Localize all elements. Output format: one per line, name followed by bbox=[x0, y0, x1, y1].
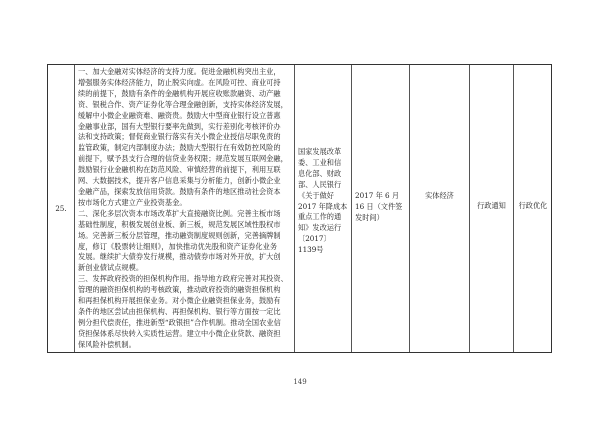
content-line: 续的前提下，鼓励有条件的金融机构开展应收账款融资、动产融 bbox=[78, 89, 291, 100]
content-line: 资、银税合作、资产证券化等合理金融创新，支持实体经济发展， bbox=[78, 100, 291, 111]
content-line: 条件的地区尝试由担保机构、再担保机构、银行等方面按一定比 bbox=[78, 307, 291, 318]
content-line: 度，修订《股票转让细则》，加快推动优先股和资产证券化业务 bbox=[78, 242, 291, 253]
content-line: 金融事业部，国有大型银行要率先做到，实行差别化考核评价办 bbox=[78, 122, 291, 133]
content-line: 基础性制度，积极发展创业板、新三板，规范发展区域性股权市 bbox=[78, 220, 291, 231]
content-line: 管理的融资担保机构的考核政策，推动政府投资的融资担保机构 bbox=[78, 285, 291, 296]
issue-date: 2017 年 6 月 16 日（文件签发时间） bbox=[352, 191, 409, 224]
content-line: 网、大数据技术，提升客户信息采集与分析能力，创新小微企业 bbox=[78, 176, 291, 187]
content-line: 例分担代偿责任，推进新型“政银担”合作机制。推动全国农业信 bbox=[78, 318, 291, 329]
content-line: 三、发挥政府投资的担保机构作用。指导地方政府完善对其投资、 bbox=[78, 274, 291, 285]
sub-type: 行政优化 bbox=[514, 201, 552, 211]
content-line: 发展。继续扩大债券发行规模，推动债券市场对外开放，扩大创 bbox=[78, 252, 291, 263]
content-line: 新创业债试点规模。 bbox=[78, 263, 291, 274]
document-type: 行政通知 bbox=[470, 201, 513, 211]
content-line: 法和支持政策；督促商业银行落实有关小微企业授信尽职免责的 bbox=[78, 132, 291, 143]
content-line: 监管政策，制定内部制度办法；鼓励大型银行在有效防控风险的 bbox=[78, 143, 291, 154]
content-line: 鼓励银行业金融机构在防范风险、审慎经营的前提下，利用互联 bbox=[78, 165, 291, 176]
content-line: 和再担保机构开展担保业务。对小微企业融资担保业务，鼓励有 bbox=[78, 296, 291, 307]
content-line: 前提下，赋予县支行合理的信贷业务权限；规范发展互联网金融， bbox=[78, 154, 291, 165]
row-number: 25. bbox=[48, 65, 74, 352]
page-number: 149 bbox=[280, 378, 320, 386]
content-line: 场。完善新三板分层管理，推动融资制度规则创新，完善摘牌制 bbox=[78, 231, 291, 242]
policy-content: 一、加大金融对实体经济的支持力度。促进金融机构突出主业， 增强服务实体经济能力，… bbox=[75, 67, 294, 352]
content-line: 一、加大金融对实体经济的支持力度。促进金融机构突出主业， bbox=[78, 67, 291, 78]
column-divider bbox=[409, 65, 410, 352]
content-line: 金融产品，探索发放信用贷款。鼓励有条件的地区推动社会资本 bbox=[78, 187, 291, 198]
content-line: 贷担保体系尽快转入实质性运营。建立中小微企业贷款、融资担 bbox=[78, 329, 291, 340]
content-line: 缓解中小微企业融资难、融资贵。鼓励大中型商业银行设立普惠 bbox=[78, 111, 291, 122]
category: 实体经济 bbox=[410, 191, 469, 201]
content-line: 保风险补偿机制。 bbox=[78, 340, 291, 351]
policy-table: 25. 一、加大金融对实体经济的支持力度。促进金融机构突出主业， 增强服务实体经… bbox=[47, 64, 552, 353]
content-line: 按市场化方式建立产业投资基金。 bbox=[78, 198, 291, 209]
content-line: 增强服务实体经济能力，防止脱实向虚。在风险可控、商业可持 bbox=[78, 78, 291, 89]
source-document: 国家发展改革委、工业和信息化部、财政部、人民银行《关于做好 2017 年降成本重… bbox=[295, 147, 351, 256]
content-line: 二、深化多层次资本市场改革扩大直接融资比例。完善主板市场 bbox=[78, 209, 291, 220]
